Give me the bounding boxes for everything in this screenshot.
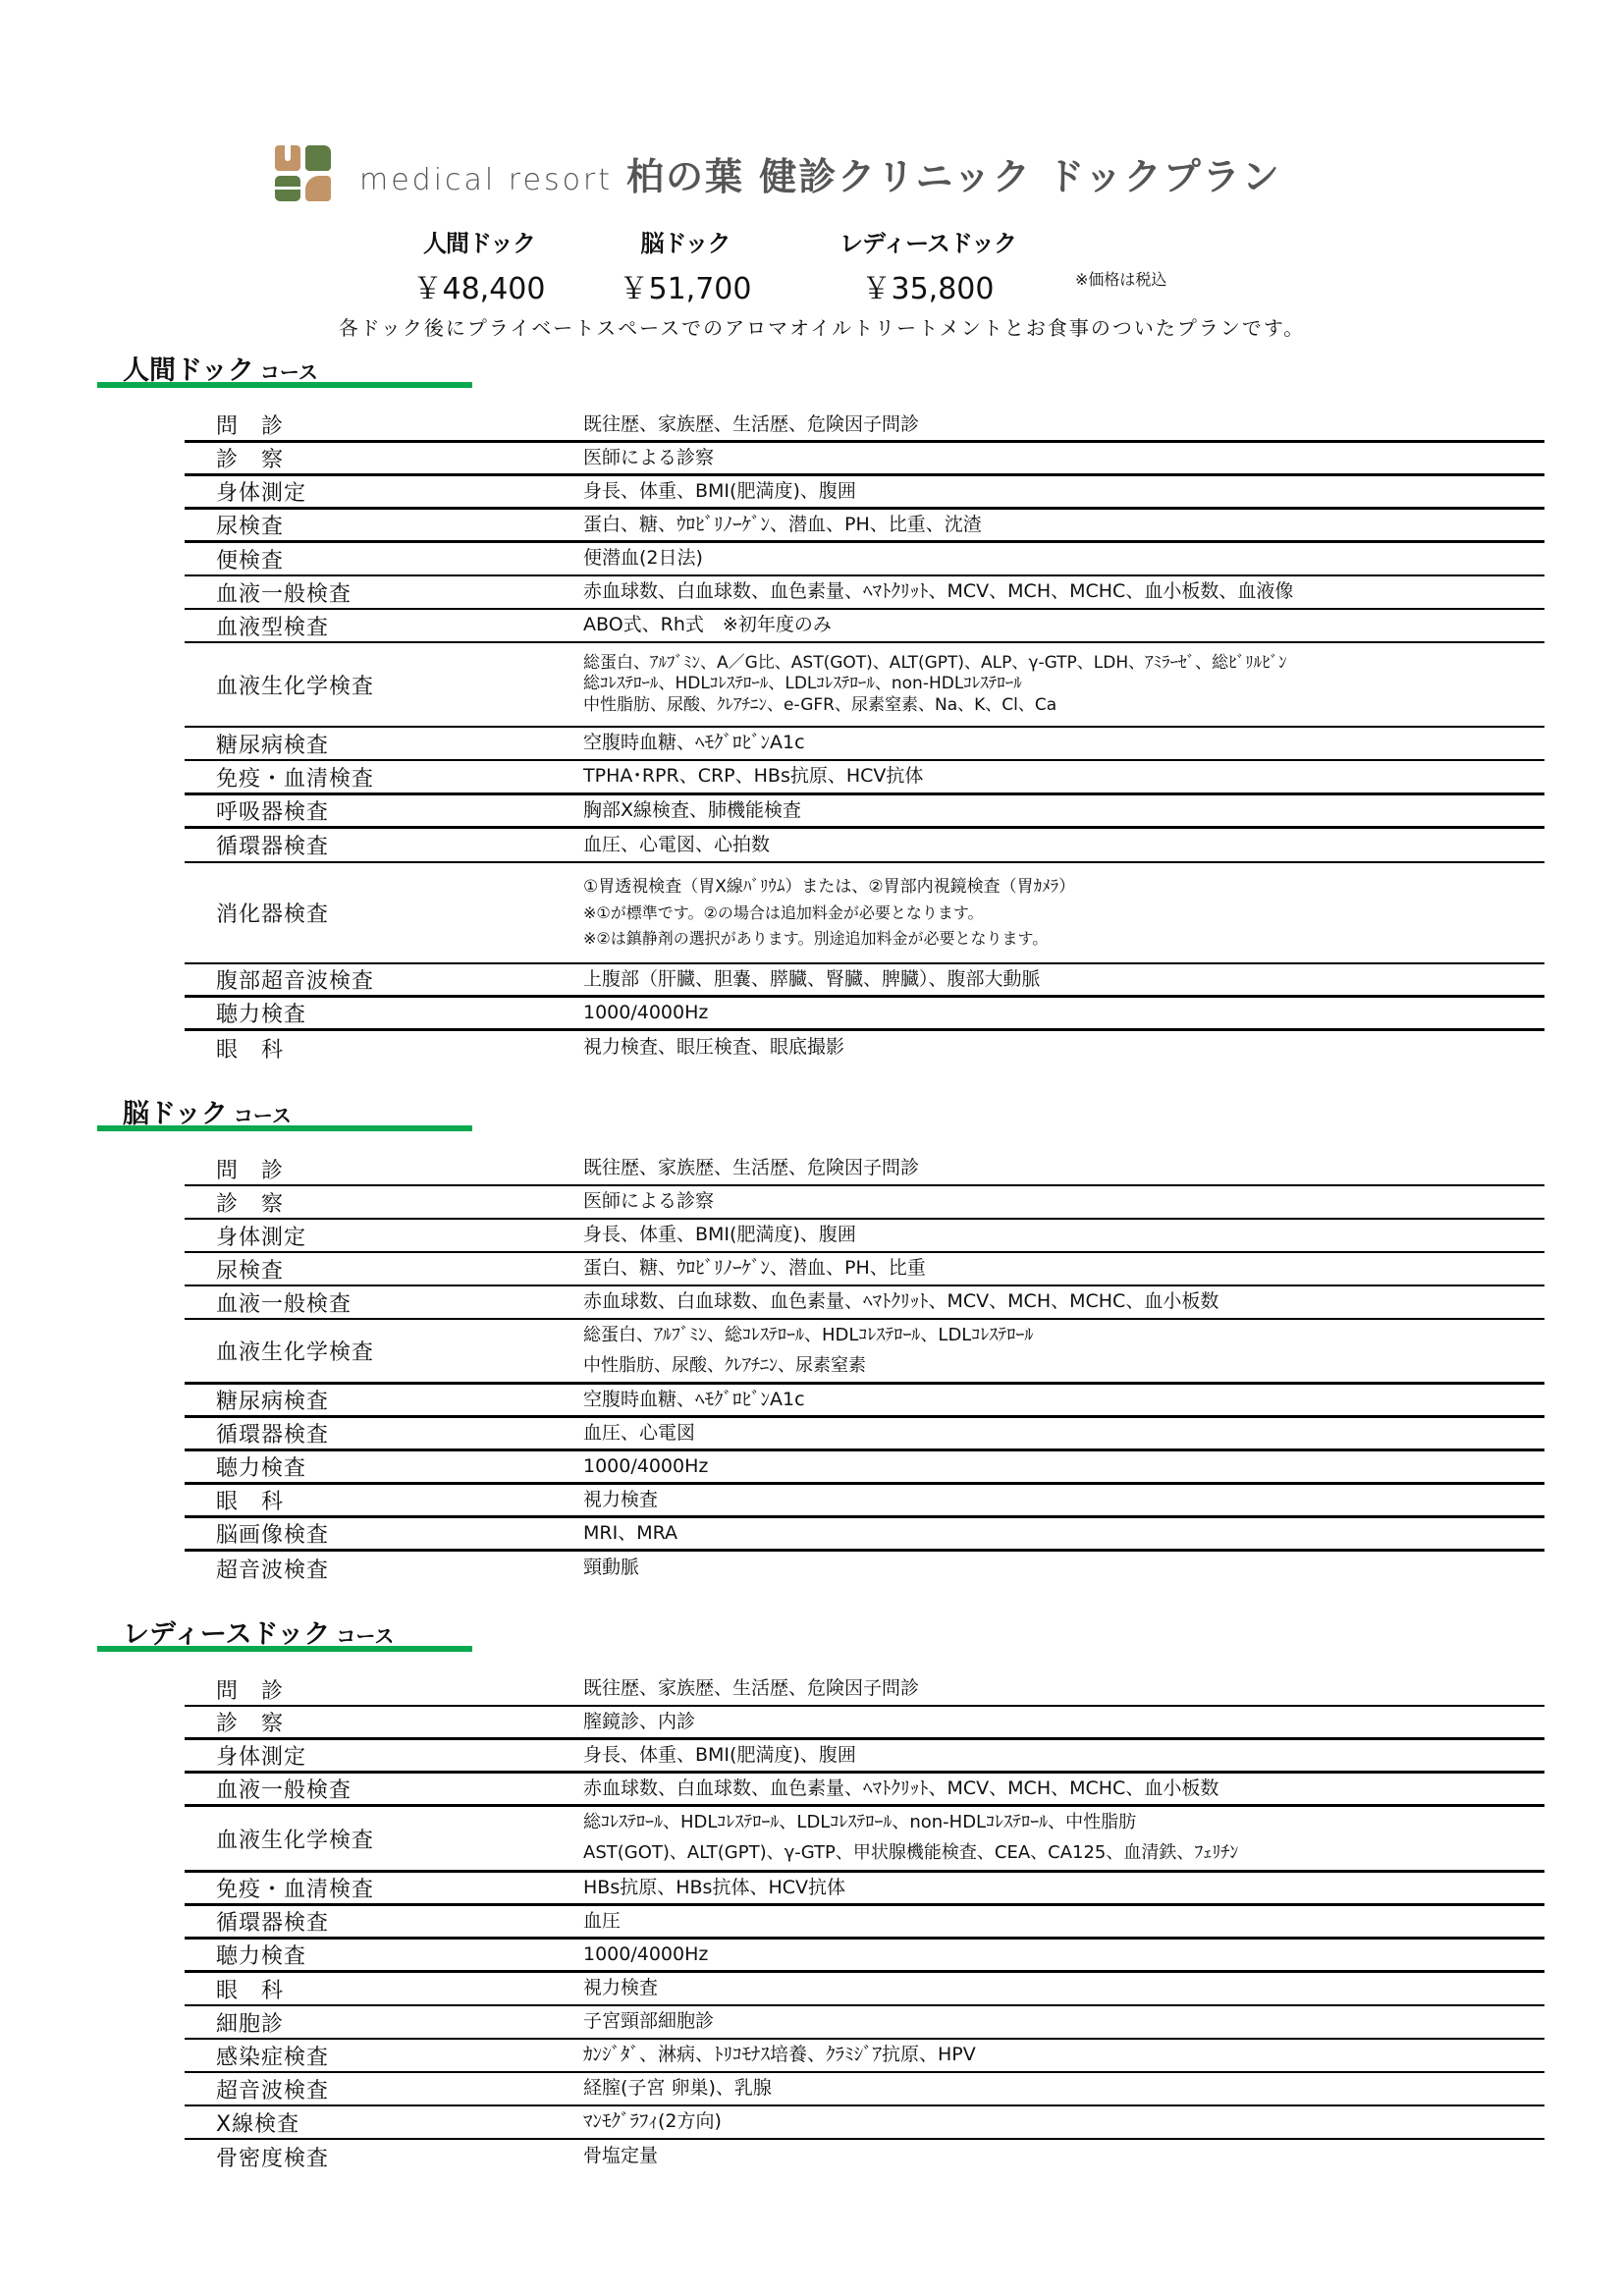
detail-line: 空腹時血糖、ﾍﾓｸﾞﾛﾋﾞﾝA1c bbox=[583, 732, 1544, 755]
detail-note: ※①が標準です。②の場合は追加料金が必要となります。 bbox=[583, 903, 1544, 923]
exam-detail: 蛋白、糖、ｳﾛﾋﾞﾘﾉｰｹﾞﾝ、潜血、PH、比重、沈渣 bbox=[583, 514, 1544, 537]
exam-label: 呼吸器検査 bbox=[185, 795, 583, 826]
exam-label: 問 診 bbox=[185, 410, 583, 440]
exam-detail: 血圧 bbox=[583, 1910, 1544, 1934]
table-row: 糖尿病検査空腹時血糖、ﾍﾓｸﾞﾛﾋﾞﾝA1c bbox=[185, 728, 1544, 761]
exam-label: 便検査 bbox=[185, 544, 583, 574]
detail-line: 頸動脈 bbox=[583, 1557, 1544, 1580]
exam-detail: 胸部X線検査、肺機能検査 bbox=[583, 799, 1544, 823]
table-row: 血液生化学検査総蛋白、ｱﾙﾌﾞﾐﾝ、A／G比、AST(GOT)、ALT(GPT)… bbox=[185, 643, 1544, 728]
exam-label: 身体測定 bbox=[185, 1740, 583, 1771]
detail-line: 視力検査 bbox=[583, 1977, 1544, 2000]
table-row: 感染症検査ｶﾝｼﾞﾀﾞ、淋病、ﾄﾘｺﾓﾅｽ培養、ｸﾗﾐｼﾞｱ抗原、HPV bbox=[185, 2040, 1544, 2073]
exam-detail: 視力検査、眼圧検査、眼底撮影 bbox=[583, 1036, 1544, 1060]
table-row: 問 診既往歴、家族歴、生活歴、危険因子問診 bbox=[185, 410, 1544, 443]
exam-label: 循環器検査 bbox=[185, 1418, 583, 1449]
table-row: 呼吸器検査胸部X線検査、肺機能検査 bbox=[185, 795, 1544, 829]
detail-line: 血圧、心電図、心拍数 bbox=[583, 834, 1544, 857]
table-row: 細胞診子宮頸部細胞診 bbox=[185, 2006, 1544, 2040]
table-row: 聴力検査1000/4000Hz bbox=[185, 998, 1544, 1031]
exam-label: 血液型検査 bbox=[185, 611, 583, 641]
exam-label: 血液一般検査 bbox=[185, 577, 583, 608]
detail-line: 経膣(子宮 卵巣)、乳腺 bbox=[583, 2077, 1544, 2101]
detail-line: 総ｺﾚｽﾃﾛｰﾙ、HDLｺﾚｽﾃﾛｰﾙ、LDLｺﾚｽﾃﾛｰﾙ、non-HDLｺﾚ… bbox=[583, 674, 1544, 694]
table-row: 血液生化学検査総蛋白、ｱﾙﾌﾞﾐﾝ、総ｺﾚｽﾃﾛｰﾙ、HDLｺﾚｽﾃﾛｰﾙ、LD… bbox=[185, 1320, 1544, 1385]
course-suffix: コース bbox=[234, 1104, 292, 1127]
table-row: 眼 科視力検査 bbox=[185, 1485, 1544, 1518]
exam-label: 糖尿病検査 bbox=[185, 729, 583, 759]
logo-block-tan-bottom bbox=[305, 176, 331, 201]
detail-line: 医師による診察 bbox=[583, 1190, 1544, 1214]
exam-detail: 身長、体重、BMI(肥満度)、腹囲 bbox=[583, 1224, 1544, 1247]
exam-detail: 便潜血(2日法) bbox=[583, 547, 1544, 571]
intro-text: 各ドック後にプライベートスペースでのアロマオイルトリートメントとお食事のついたプ… bbox=[0, 312, 1624, 341]
exam-label: 眼 科 bbox=[185, 1974, 583, 2004]
detail-line: 空腹時血糖、ﾍﾓｸﾞﾛﾋﾞﾝA1c bbox=[583, 1389, 1544, 1412]
table-row: 血液一般検査赤血球数、白血球数、血色素量、ﾍﾏﾄｸﾘｯﾄ、MCV、MCH、MCH… bbox=[185, 1774, 1544, 1807]
detail-line: 便潜血(2日法) bbox=[583, 547, 1544, 571]
table-row: 血液一般検査赤血球数、白血球数、血色素量、ﾍﾏﾄｸﾘｯﾄ、MCV、MCH、MCH… bbox=[185, 576, 1544, 610]
table-row: X線検査ﾏﾝﾓｸﾞﾗﾌｨ(2方向) bbox=[185, 2106, 1544, 2140]
exam-detail: 骨塩定量 bbox=[583, 2145, 1544, 2168]
exam-detail: 既往歴、家族歴、生活歴、危険因子問診 bbox=[583, 1157, 1544, 1180]
exam-label: 骨密度検査 bbox=[185, 2142, 583, 2172]
detail-line: 蛋白、糖、ｳﾛﾋﾞﾘﾉｰｹﾞﾝ、潜血、PH、比重、沈渣 bbox=[583, 514, 1544, 537]
dock-plan-page: medical resort 柏の葉 健診クリニック ドックプラン 人間ドック … bbox=[0, 0, 1624, 2296]
detail-line: 既往歴、家族歴、生活歴、危険因子問診 bbox=[583, 413, 1544, 437]
price-value: ￥35,800 bbox=[830, 264, 1026, 307]
price-value: ￥48,400 bbox=[401, 264, 558, 307]
exam-label: 糖尿病検査 bbox=[185, 1385, 583, 1415]
detail-line: 血圧、心電図 bbox=[583, 1422, 1544, 1446]
exam-label: 聴力検査 bbox=[185, 998, 583, 1028]
table-row: 眼 科視力検査 bbox=[185, 1973, 1544, 2006]
detail-line: ①胃透視検査（胃X線ﾊﾞﾘｳﾑ）または、②胃部内視鏡検査（胃ｶﾒﾗ） bbox=[583, 877, 1544, 898]
detail-line: 胸部X線検査、肺機能検査 bbox=[583, 799, 1544, 823]
exam-detail: 空腹時血糖、ﾍﾓｸﾞﾛﾋﾞﾝA1c bbox=[583, 732, 1544, 755]
exam-label: 眼 科 bbox=[185, 1033, 583, 1064]
exam-label: 診 察 bbox=[185, 443, 583, 473]
exam-label: 脳画像検査 bbox=[185, 1518, 583, 1549]
table-row: 聴力検査1000/4000Hz bbox=[185, 1940, 1544, 1973]
exam-label: 腹部超音波検査 bbox=[185, 964, 583, 995]
exam-label: 診 察 bbox=[185, 1187, 583, 1218]
price-ningen-dock: 人間ドック ￥48,400 bbox=[401, 224, 558, 307]
exam-table: 問 診既往歴、家族歴、生活歴、危険因子問診 診 察医師による診察 身体測定身長、… bbox=[185, 1153, 1544, 1585]
exam-detail: 視力検査 bbox=[583, 1489, 1544, 1512]
table-row: 腹部超音波検査上腹部（肝臓、胆嚢、膵臓、腎臓、脾臓）、腹部大動脈 bbox=[185, 964, 1544, 998]
detail-line: 既往歴、家族歴、生活歴、危険因子問診 bbox=[583, 1677, 1544, 1701]
exam-table: 問 診既往歴、家族歴、生活歴、危険因子問診 診 察膣鏡診、内診 身体測定身長、体… bbox=[185, 1673, 1544, 2173]
exam-detail: ①胃透視検査（胃X線ﾊﾞﾘｳﾑ）または、②胃部内視鏡検査（胃ｶﾒﾗ）※①が標準で… bbox=[583, 871, 1544, 955]
table-row: 血液一般検査赤血球数、白血球数、血色素量、ﾍﾏﾄｸﾘｯﾄ、MCV、MCH、MCH… bbox=[185, 1286, 1544, 1320]
exam-label: 超音波検査 bbox=[185, 1554, 583, 1584]
price-list: 人間ドック ￥48,400 脳ドック ￥51,700 レディースドック ￥35,… bbox=[0, 224, 1624, 302]
table-row: 尿検査蛋白、糖、ｳﾛﾋﾞﾘﾉｰｹﾞﾝ、潜血、PH、比重、沈渣 bbox=[185, 510, 1544, 543]
section-underline bbox=[97, 382, 472, 388]
table-row: 脳画像検査MRI、MRA bbox=[185, 1518, 1544, 1552]
table-row: 眼 科視力検査、眼圧検査、眼底撮影 bbox=[185, 1031, 1544, 1065]
exam-label: 眼 科 bbox=[185, 1485, 583, 1515]
exam-label: 問 診 bbox=[185, 1674, 583, 1705]
exam-detail: ｶﾝｼﾞﾀﾞ、淋病、ﾄﾘｺﾓﾅｽ培養、ｸﾗﾐｼﾞｱ抗原、HPV bbox=[583, 2044, 1544, 2067]
brand-name: medical resort bbox=[359, 163, 613, 197]
exam-detail: 蛋白、糖、ｳﾛﾋﾞﾘﾉｰｹﾞﾝ、潜血、PH、比重 bbox=[583, 1257, 1544, 1281]
exam-label: 尿検査 bbox=[185, 1254, 583, 1285]
table-row: 聴力検査1000/4000Hz bbox=[185, 1451, 1544, 1485]
detail-line: 子宮頸部細胞診 bbox=[583, 2010, 1544, 2034]
page-header: medical resort 柏の葉 健診クリニック ドックプラン bbox=[275, 145, 1281, 200]
price-ladies-dock: レディースドック ￥35,800 bbox=[830, 224, 1026, 307]
exam-detail: 既往歴、家族歴、生活歴、危険因子問診 bbox=[583, 413, 1544, 437]
exam-label: 免疫・血清検査 bbox=[185, 762, 583, 793]
detail-line: ﾏﾝﾓｸﾞﾗﾌｨ(2方向) bbox=[583, 2110, 1544, 2134]
exam-label: 血液一般検査 bbox=[185, 1287, 583, 1318]
exam-detail: 赤血球数、白血球数、血色素量、ﾍﾏﾄｸﾘｯﾄ、MCV、MCH、MCHC、血小板数 bbox=[583, 1290, 1544, 1314]
table-row: 循環器検査血圧、心電図、心拍数 bbox=[185, 829, 1544, 863]
detail-line: 赤血球数、白血球数、血色素量、ﾍﾏﾄｸﾘｯﾄ、MCV、MCH、MCHC、血小板数 bbox=[583, 1777, 1544, 1801]
exam-detail: 子宮頸部細胞診 bbox=[583, 2010, 1544, 2034]
detail-line: 赤血球数、白血球数、血色素量、ﾍﾏﾄｸﾘｯﾄ、MCV、MCH、MCHC、血小板数… bbox=[583, 580, 1544, 604]
table-row: 問 診既往歴、家族歴、生活歴、危険因子問診 bbox=[185, 1673, 1544, 1707]
table-row: 超音波検査経膣(子宮 卵巣)、乳腺 bbox=[185, 2073, 1544, 2106]
section-underline bbox=[97, 1646, 472, 1652]
detail-line: 総蛋白、ｱﾙﾌﾞﾐﾝ、総ｺﾚｽﾃﾛｰﾙ、HDLｺﾚｽﾃﾛｰﾙ、LDLｺﾚｽﾃﾛｰ… bbox=[583, 1321, 1544, 1351]
exam-label: 血液一般検査 bbox=[185, 1774, 583, 1804]
exam-label: 循環器検査 bbox=[185, 1906, 583, 1937]
exam-label: 血液生化学検査 bbox=[185, 1824, 583, 1854]
table-row: 診 察医師による診察 bbox=[185, 1186, 1544, 1220]
price-name: レディースドック bbox=[830, 224, 1026, 258]
table-row: 血液生化学検査総ｺﾚｽﾃﾛｰﾙ、HDLｺﾚｽﾃﾛｰﾙ、LDLｺﾚｽﾃﾛｰﾙ、no… bbox=[185, 1807, 1544, 1873]
exam-detail: 身長、体重、BMI(肥満度)、腹囲 bbox=[583, 480, 1544, 504]
table-row: 免疫・血清検査HBs抗原、HBs抗体、HCV抗体 bbox=[185, 1873, 1544, 1906]
detail-line: 医師による診察 bbox=[583, 447, 1544, 470]
detail-line: 1000/4000Hz bbox=[583, 1943, 1544, 1967]
exam-label: 超音波検査 bbox=[185, 2074, 583, 2105]
table-row: 診 察医師による診察 bbox=[185, 443, 1544, 476]
course-suffix: コース bbox=[336, 1624, 394, 1648]
price-name: 脳ドック bbox=[607, 224, 764, 258]
exam-label: 感染症検査 bbox=[185, 2041, 583, 2071]
table-row: 診 察膣鏡診、内診 bbox=[185, 1707, 1544, 1740]
exam-detail: 身長、体重、BMI(肥満度)、腹囲 bbox=[583, 1744, 1544, 1768]
exam-label: X線検査 bbox=[185, 2107, 583, 2138]
exam-detail: 血圧、心電図、心拍数 bbox=[583, 834, 1544, 857]
course-suffix: コース bbox=[260, 360, 318, 384]
exam-label: 尿検査 bbox=[185, 510, 583, 540]
table-row: 問 診既往歴、家族歴、生活歴、危険因子問診 bbox=[185, 1153, 1544, 1186]
detail-line: 総蛋白、ｱﾙﾌﾞﾐﾝ、A／G比、AST(GOT)、ALT(GPT)、ALP、γ-… bbox=[583, 653, 1544, 674]
table-row: 消化器検査①胃透視検査（胃X線ﾊﾞﾘｳﾑ）または、②胃部内視鏡検査（胃ｶﾒﾗ）※… bbox=[185, 863, 1544, 964]
detail-note: ※②は鎮静剤の選択があります。別途追加料金が必要となります。 bbox=[583, 929, 1544, 949]
detail-line: 視力検査 bbox=[583, 1489, 1544, 1512]
exam-detail: 1000/4000Hz bbox=[583, 1943, 1544, 1967]
table-row: 血液型検査ABO式、Rh式 ※初年度のみ bbox=[185, 610, 1544, 643]
table-row: 尿検査蛋白、糖、ｳﾛﾋﾞﾘﾉｰｹﾞﾝ、潜血、PH、比重 bbox=[185, 1253, 1544, 1286]
table-row: 循環器検査血圧、心電図 bbox=[185, 1418, 1544, 1451]
exam-detail: 総蛋白、ｱﾙﾌﾞﾐﾝ、総ｺﾚｽﾃﾛｰﾙ、HDLｺﾚｽﾃﾛｰﾙ、LDLｺﾚｽﾃﾛｰ… bbox=[583, 1321, 1544, 1381]
detail-line: 赤血球数、白血球数、血色素量、ﾍﾏﾄｸﾘｯﾄ、MCV、MCH、MCHC、血小板数 bbox=[583, 1290, 1544, 1314]
detail-line: 膣鏡診、内診 bbox=[583, 1711, 1544, 1734]
detail-line: 中性脂肪、尿酸、ｸﾚｱﾁﾆﾝ、尿素窒素 bbox=[583, 1351, 1544, 1382]
detail-line: 蛋白、糖、ｳﾛﾋﾞﾘﾉｰｹﾞﾝ、潜血、PH、比重 bbox=[583, 1257, 1544, 1281]
exam-detail: HBs抗原、HBs抗体、HCV抗体 bbox=[583, 1877, 1544, 1900]
exam-label: 診 察 bbox=[185, 1707, 583, 1737]
exam-detail: 赤血球数、白血球数、血色素量、ﾍﾏﾄｸﾘｯﾄ、MCV、MCH、MCHC、血小板数 bbox=[583, 1777, 1544, 1801]
detail-line: 身長、体重、BMI(肥満度)、腹囲 bbox=[583, 1224, 1544, 1247]
exam-detail: 膣鏡診、内診 bbox=[583, 1711, 1544, 1734]
detail-line: 上腹部（肝臓、胆嚢、膵臓、腎臓、脾臓）、腹部大動脈 bbox=[583, 968, 1544, 992]
detail-line: TPHA･RPR、CRP、HBs抗原、HCV抗体 bbox=[583, 765, 1544, 789]
exam-detail: 総蛋白、ｱﾙﾌﾞﾐﾝ、A／G比、AST(GOT)、ALT(GPT)、ALP、γ-… bbox=[583, 653, 1544, 716]
table-row: 骨密度検査骨塩定量 bbox=[185, 2140, 1544, 2173]
logo-block-tan-top bbox=[275, 145, 300, 171]
exam-label: 免疫・血清検査 bbox=[185, 1873, 583, 1903]
exam-table: 問 診既往歴、家族歴、生活歴、危険因子問診 診 察医師による診察 身体測定身長、… bbox=[185, 410, 1544, 1065]
detail-line: ｶﾝｼﾞﾀﾞ、淋病、ﾄﾘｺﾓﾅｽ培養、ｸﾗﾐｼﾞｱ抗原、HPV bbox=[583, 2044, 1544, 2067]
table-row: 超音波検査頸動脈 bbox=[185, 1552, 1544, 1585]
table-row: 免疫・血清検査TPHA･RPR、CRP、HBs抗原、HCV抗体 bbox=[185, 761, 1544, 795]
exam-detail: TPHA･RPR、CRP、HBs抗原、HCV抗体 bbox=[583, 765, 1544, 789]
detail-line: 中性脂肪、尿酸、ｸﾚｱﾁﾆﾝ、e-GFR、尿素窒素、Na、K、Cl、Ca bbox=[583, 695, 1544, 716]
table-row: 糖尿病検査空腹時血糖、ﾍﾓｸﾞﾛﾋﾞﾝA1c bbox=[185, 1385, 1544, 1418]
exam-detail: MRI、MRA bbox=[583, 1522, 1544, 1546]
table-row: 身体測定身長、体重、BMI(肥満度)、腹囲 bbox=[185, 1740, 1544, 1774]
exam-detail: ABO式、Rh式 ※初年度のみ bbox=[583, 614, 1544, 637]
detail-line: MRI、MRA bbox=[583, 1522, 1544, 1546]
exam-detail: ﾏﾝﾓｸﾞﾗﾌｨ(2方向) bbox=[583, 2110, 1544, 2134]
page-title: 柏の葉 健診クリニック ドックプラン bbox=[626, 146, 1281, 200]
detail-line: HBs抗原、HBs抗体、HCV抗体 bbox=[583, 1877, 1544, 1900]
logo-block-green-bottom bbox=[275, 176, 300, 201]
logo-block-green-top bbox=[305, 145, 331, 171]
exam-label: 聴力検査 bbox=[185, 1940, 583, 1970]
exam-detail: 1000/4000Hz bbox=[583, 1455, 1544, 1479]
table-row: 身体測定身長、体重、BMI(肥満度)、腹囲 bbox=[185, 1220, 1544, 1253]
exam-detail: 視力検査 bbox=[583, 1977, 1544, 2000]
exam-label: 問 診 bbox=[185, 1154, 583, 1184]
exam-detail: 医師による診察 bbox=[583, 447, 1544, 470]
exam-detail: 頸動脈 bbox=[583, 1557, 1544, 1580]
table-row: 身体測定身長、体重、BMI(肥満度)、腹囲 bbox=[185, 476, 1544, 510]
exam-detail: 医師による診察 bbox=[583, 1190, 1544, 1214]
table-row: 循環器検査血圧 bbox=[185, 1906, 1544, 1940]
exam-label: 血液生化学検査 bbox=[185, 670, 583, 700]
exam-detail: 総ｺﾚｽﾃﾛｰﾙ、HDLｺﾚｽﾃﾛｰﾙ、LDLｺﾚｽﾃﾛｰﾙ、non-HDLｺﾚ… bbox=[583, 1808, 1544, 1868]
detail-line: 1000/4000Hz bbox=[583, 1455, 1544, 1479]
detail-line: AST(GOT)、ALT(GPT)、γ-GTP、甲状腺機能検査、CEA、CA12… bbox=[583, 1838, 1544, 1869]
section-underline bbox=[97, 1125, 472, 1131]
exam-detail: 血圧、心電図 bbox=[583, 1422, 1544, 1446]
tax-note: ※価格は税込 bbox=[1075, 267, 1166, 290]
detail-line: 既往歴、家族歴、生活歴、危険因子問診 bbox=[583, 1157, 1544, 1180]
detail-line: 身長、体重、BMI(肥満度)、腹囲 bbox=[583, 480, 1544, 504]
price-name: 人間ドック bbox=[401, 224, 558, 258]
exam-label: 循環器検査 bbox=[185, 830, 583, 860]
detail-line: 骨塩定量 bbox=[583, 2145, 1544, 2168]
price-brain-dock: 脳ドック ￥51,700 bbox=[607, 224, 764, 307]
exam-label: 細胞診 bbox=[185, 2007, 583, 2038]
table-row: 便検査便潜血(2日法) bbox=[185, 543, 1544, 576]
exam-detail: 経膣(子宮 卵巣)、乳腺 bbox=[583, 2077, 1544, 2101]
exam-detail: 上腹部（肝臓、胆嚢、膵臓、腎臓、脾臓）、腹部大動脈 bbox=[583, 968, 1544, 992]
detail-line: 総ｺﾚｽﾃﾛｰﾙ、HDLｺﾚｽﾃﾛｰﾙ、LDLｺﾚｽﾃﾛｰﾙ、non-HDLｺﾚ… bbox=[583, 1808, 1544, 1838]
exam-label: 身体測定 bbox=[185, 476, 583, 507]
detail-line: 血圧 bbox=[583, 1910, 1544, 1934]
exam-detail: 既往歴、家族歴、生活歴、危険因子問診 bbox=[583, 1677, 1544, 1701]
clinic-logo-icon bbox=[275, 145, 334, 200]
exam-label: 消化器検査 bbox=[185, 898, 583, 928]
exam-label: 血液生化学検査 bbox=[185, 1336, 583, 1366]
price-value: ￥51,700 bbox=[607, 264, 764, 307]
detail-line: 視力検査、眼圧検査、眼底撮影 bbox=[583, 1036, 1544, 1060]
exam-detail: 空腹時血糖、ﾍﾓｸﾞﾛﾋﾞﾝA1c bbox=[583, 1389, 1544, 1412]
detail-line: 1000/4000Hz bbox=[583, 1002, 1544, 1025]
detail-line: 身長、体重、BMI(肥満度)、腹囲 bbox=[583, 1744, 1544, 1768]
detail-line: ABO式、Rh式 ※初年度のみ bbox=[583, 614, 1544, 637]
exam-label: 身体測定 bbox=[185, 1221, 583, 1251]
exam-detail: 赤血球数、白血球数、血色素量、ﾍﾏﾄｸﾘｯﾄ、MCV、MCH、MCHC、血小板数… bbox=[583, 580, 1544, 604]
exam-label: 聴力検査 bbox=[185, 1451, 583, 1482]
exam-detail: 1000/4000Hz bbox=[583, 1002, 1544, 1025]
